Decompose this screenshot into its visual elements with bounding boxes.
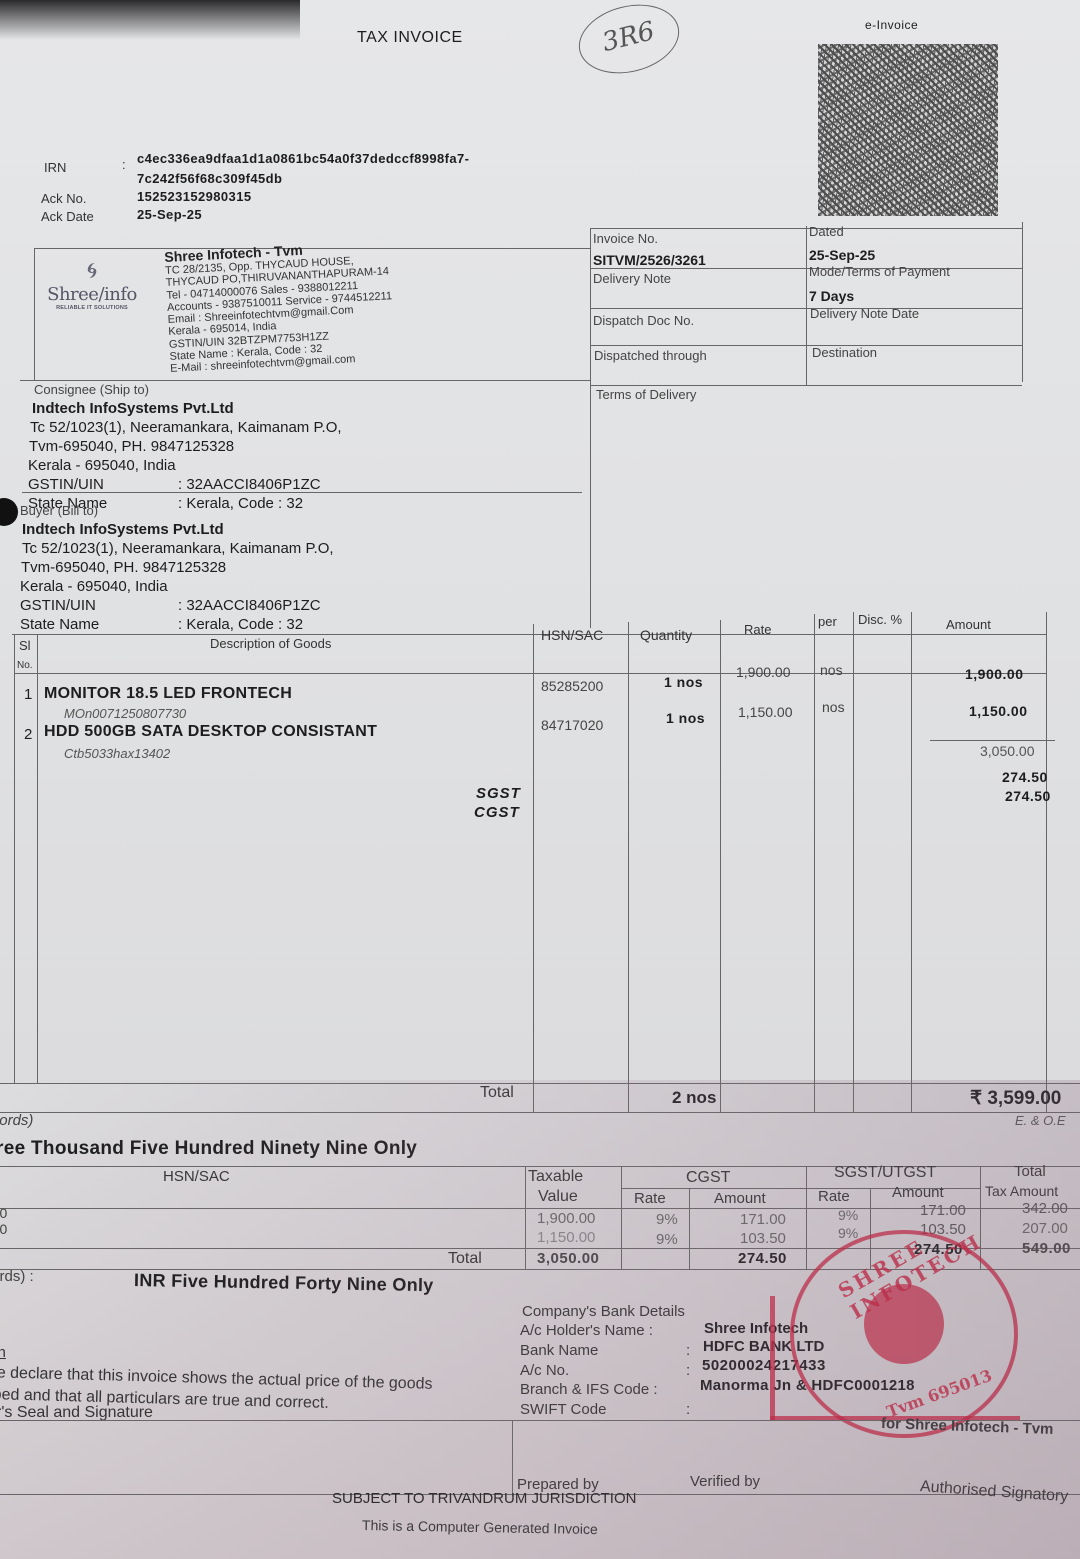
divider: [806, 226, 807, 386]
dated-value: 25-Sep-25: [809, 247, 875, 263]
ack-date-value: 25-Sep-25: [137, 207, 202, 222]
divider: [12, 634, 1047, 635]
tax-col-hsn: HSN/SAC: [163, 1168, 230, 1185]
col-sl: Sl: [19, 638, 31, 653]
divider: [533, 624, 534, 1112]
buyer-heading: Buyer (Bill to): [20, 501, 334, 520]
einvoice-label: e-Invoice: [865, 18, 918, 32]
ack-date-label: Ack Date: [41, 209, 94, 224]
irn-label: IRN: [44, 160, 66, 175]
tax-row-taxable: 1,900.00: [537, 1210, 595, 1227]
dated-label: Dated: [809, 224, 844, 239]
divider: [590, 385, 1022, 386]
row-rate: 1,900.00: [736, 664, 791, 680]
photo-shadow: [0, 0, 300, 40]
row-quantity: 1 nos: [666, 710, 705, 726]
divider: [525, 1166, 526, 1269]
row-per: nos: [820, 662, 843, 678]
terms-of-delivery-label: Terms of Delivery: [596, 387, 696, 402]
invoice-no-value: SITVM/2526/3261: [593, 252, 706, 268]
divider: [34, 248, 35, 380]
consignee-address: Tc 52/1023(1), Neeramankara, Kaimanam P.…: [28, 418, 342, 437]
stamp-bracket: [770, 1296, 775, 1421]
payment-terms-value: 7 Days: [809, 288, 854, 304]
tax-words-label: Tax Amount (in words) :: [0, 1268, 34, 1285]
row-sl: 1: [24, 686, 32, 703]
consignee-gstin: : 32AACCI8406P1ZC: [178, 475, 321, 494]
row-description: MONITOR 18.5 LED FRONTECH: [44, 685, 292, 703]
declaration-heading: Declaration: [0, 1344, 6, 1361]
consignee-address: Tvm-695040, PH. 9847125328: [28, 437, 342, 456]
tax-col-total-amount: Tax Amount: [985, 1183, 1058, 1199]
tax-col-cgst: CGST: [686, 1169, 730, 1187]
tax-col-cgst-amount: Amount: [714, 1190, 766, 1207]
bank-sep: :: [686, 1342, 690, 1359]
row-rate: 1,150.00: [738, 704, 793, 720]
dispatched-through-label: Dispatched through: [594, 348, 707, 363]
consignee-block: Consignee (Ship to) Indtech InfoSystems …: [28, 380, 342, 513]
tax-row-total: 342.00: [1022, 1200, 1068, 1217]
tax-col-sgst: SGST/UTGST: [834, 1164, 936, 1182]
destination-label: Destination: [812, 345, 877, 360]
row-amount: 1,900.00: [965, 666, 1024, 682]
tax-col-cgst-rate: Rate: [634, 1190, 666, 1207]
divider: [512, 1420, 513, 1496]
bank-sep: :: [686, 1362, 690, 1379]
bank-swift-label: SWIFT Code: [520, 1401, 606, 1418]
tax-col-sgst-rate: Rate: [818, 1188, 850, 1205]
divider: [806, 1166, 807, 1269]
tax-col-taxable: Taxable: [528, 1168, 583, 1186]
divider: [590, 228, 591, 628]
row-serial: MOn0071250807730: [64, 706, 186, 721]
eoe: E. & O.E: [1015, 1113, 1066, 1128]
col-disc: Disc. %: [858, 612, 902, 627]
tax-col-total: Total: [1014, 1163, 1046, 1180]
sgst-amount: 274.50: [1002, 769, 1048, 785]
tax-row-sgst-rate: 9%: [838, 1207, 858, 1223]
dispatch-doc-label: Dispatch Doc No.: [593, 313, 694, 328]
bank-holder-label: A/c Holder's Name :: [520, 1322, 653, 1339]
divider: [0, 1208, 1080, 1209]
bank-acno-label: A/c No.: [520, 1362, 569, 1379]
tax-total-taxable: 3,050.00: [537, 1250, 599, 1267]
cgst-amount: 274.50: [1005, 788, 1051, 804]
buyer-address: Kerala - 695040, India: [20, 577, 334, 596]
divider: [689, 1188, 690, 1269]
col-hsn: HSN/SAC: [541, 627, 603, 643]
divider: [1022, 222, 1023, 382]
einvoice-qr-code: [818, 44, 998, 216]
buyer-address: Tvm-695040, PH. 9847125328: [20, 558, 334, 577]
payment-terms-label: Mode/Terms of Payment: [809, 264, 950, 279]
divider: [590, 268, 1022, 269]
tax-col-taxable-value: Value: [538, 1188, 578, 1206]
amount-words-label: Amount Chargeable (in words): [0, 1112, 33, 1129]
tax-row-total: 207.00: [1022, 1220, 1068, 1237]
tax-row-cgst-rate: 9%: [656, 1231, 678, 1248]
divider: [37, 634, 38, 1084]
consignee-heading: Consignee (Ship to): [28, 380, 342, 399]
col-quantity: Quantity: [640, 627, 692, 643]
divider: [590, 308, 1022, 309]
tax-row-hsn: 85285200: [0, 1205, 7, 1221]
subtotal: 3,050.00: [980, 743, 1035, 759]
irn-value-line1: c4ec336ea9dfaa1d1a0861bc54a0f37dedccf899…: [137, 151, 469, 166]
sgst-label: SGST: [476, 785, 521, 802]
consignee-gstin-label: GSTIN/UIN: [28, 475, 178, 494]
row-amount: 1,150.00: [969, 703, 1028, 719]
row-description: HDD 500GB SATA DESKTOP CONSISTANT: [44, 723, 377, 741]
divider: [14, 634, 15, 1084]
seller-block: Shree Infotech - Tvm TC 28/2135, Opp. TH…: [164, 233, 470, 375]
col-rate: Rate: [744, 622, 771, 637]
logo-swirl-icon: 🌀︎: [46, 258, 138, 284]
tax-total-cgst: 274.50: [738, 1250, 787, 1267]
buyer-state: : Kerala, Code : 32: [178, 615, 303, 634]
divider: [720, 620, 721, 1112]
company-logo: 🌀︎ Shree/info RELIABLE IT SOLUTIONS: [46, 258, 138, 311]
divider: [0, 1083, 1080, 1084]
consignee-address: Kerala - 695040, India: [28, 456, 342, 475]
col-amount: Amount: [946, 617, 991, 632]
divider: [853, 612, 854, 1112]
col-sl-no: No.: [17, 660, 33, 671]
logo-name: Shree/info: [46, 284, 138, 305]
row-per: nos: [822, 699, 845, 715]
grand-total: ₹ 3,599.00: [970, 1087, 1061, 1110]
irn-value-line2: 7c242f56f68c309f45db: [137, 171, 282, 186]
total-quantity: 2 nos: [672, 1088, 716, 1108]
cgst-label: CGST: [474, 804, 520, 821]
buyer-state-label: State Name: [20, 615, 178, 634]
row-hsn: 85285200: [541, 678, 603, 694]
divider: [628, 622, 629, 1112]
irn-sep: :: [122, 157, 126, 172]
bank-name-label: Bank Name: [520, 1342, 598, 1359]
tax-row-cgst-rate: 9%: [656, 1211, 678, 1228]
logo-tagline: RELIABLE IT SOLUTIONS: [46, 305, 138, 311]
tax-row-taxable: 1,150.00: [537, 1229, 595, 1246]
tax-row-cgst-amount: 171.00: [740, 1211, 786, 1228]
buyer-gstin: : 32AACCI8406P1ZC: [178, 596, 321, 615]
col-per: per: [818, 614, 837, 629]
divider: [14, 673, 1047, 674]
amount-words-value: INR Three Thousand Five Hundred Ninety N…: [0, 1138, 417, 1160]
divider: [814, 614, 815, 1112]
divider: [621, 1166, 622, 1269]
company-stamp: SHREE INFOTECH Tvm 695013: [790, 1230, 1018, 1438]
jurisdiction-text: SUBJECT TO TRIVANDRUM JURISDICTION: [332, 1490, 636, 1507]
document-title: TAX INVOICE: [357, 29, 463, 47]
buyer-name: Indtech InfoSystems Pvt.Ltd: [20, 520, 334, 539]
tax-total-all: 549.00: [1022, 1240, 1071, 1257]
total-label: Total: [480, 1084, 514, 1102]
bank-heading: Company's Bank Details: [522, 1303, 685, 1320]
delivery-note-label: Delivery Note: [593, 271, 671, 286]
tax-total-label: Total: [448, 1250, 482, 1268]
col-description: Description of Goods: [210, 636, 331, 651]
tax-col-sgst-amount: Amount: [892, 1184, 944, 1201]
buyer-address: Tc 52/1023(1), Neeramankara, Kaimanam P.…: [20, 539, 334, 558]
row-sl: 2: [24, 726, 32, 743]
verified-by-label: Verified by: [690, 1473, 760, 1490]
ack-no-label: Ack No.: [41, 191, 87, 206]
divider: [911, 612, 912, 1112]
row-quantity: 1 nos: [664, 674, 703, 690]
divider: [930, 740, 1055, 741]
bank-sep: :: [686, 1401, 690, 1418]
row-hsn: 84717020: [541, 717, 603, 733]
buyer-gstin-label: GSTIN/UIN: [20, 596, 178, 615]
consignee-name: Indtech InfoSystems Pvt.Ltd: [28, 399, 342, 418]
bank-branch-label: Branch & IFS Code :: [520, 1381, 658, 1398]
ack-no-value: 152523152980315: [137, 189, 251, 204]
tax-row-hsn: 84717020: [0, 1221, 7, 1237]
stamp-pin: Tvm 695013: [884, 1366, 994, 1422]
invoice-no-label: Invoice No.: [593, 231, 658, 246]
row-serial: Ctb5033hax13402: [64, 746, 170, 761]
divider: [1046, 612, 1047, 1112]
tax-row-cgst-amount: 103.50: [740, 1230, 786, 1247]
divider: [590, 345, 1022, 346]
divider: [0, 1112, 1080, 1113]
buyer-block: Buyer (Bill to) Indtech InfoSystems Pvt.…: [20, 501, 334, 634]
delivery-note-date-label: Delivery Note Date: [810, 306, 919, 321]
